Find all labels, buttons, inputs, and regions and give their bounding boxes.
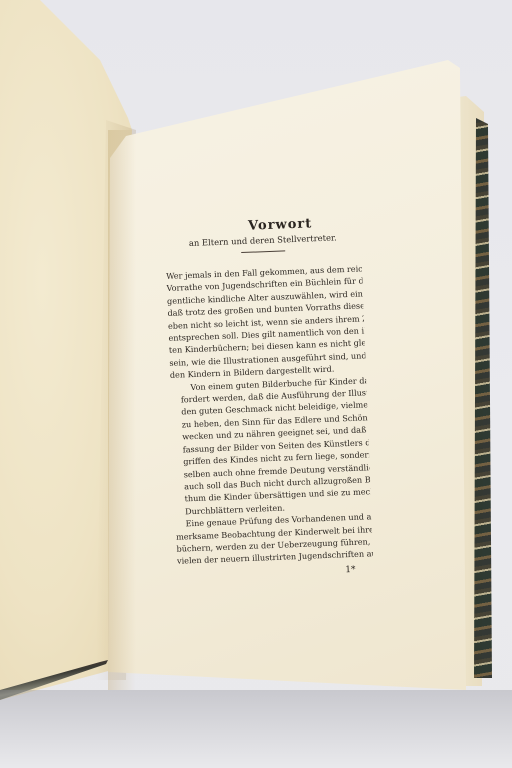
page-text-block: Vorwort an Eltern und deren Stellvertret… bbox=[164, 214, 374, 581]
book-photo: Vorwort an Eltern und deren Stellvertret… bbox=[0, 0, 512, 768]
page-gutter bbox=[108, 130, 136, 690]
heading-rule bbox=[241, 250, 285, 253]
table-shadow bbox=[0, 690, 512, 768]
paragraph-3: Eine genaue Prüfung des Vorhandenen und … bbox=[175, 510, 373, 567]
page-subheading: an Eltern und deren Stellvertreter. bbox=[165, 231, 361, 249]
paragraph-1: Wer jemals in den Fall gekommen, aus dem… bbox=[166, 262, 366, 381]
paragraph-2: Von einem guten Bilderbuche für Kinder d… bbox=[170, 374, 371, 518]
